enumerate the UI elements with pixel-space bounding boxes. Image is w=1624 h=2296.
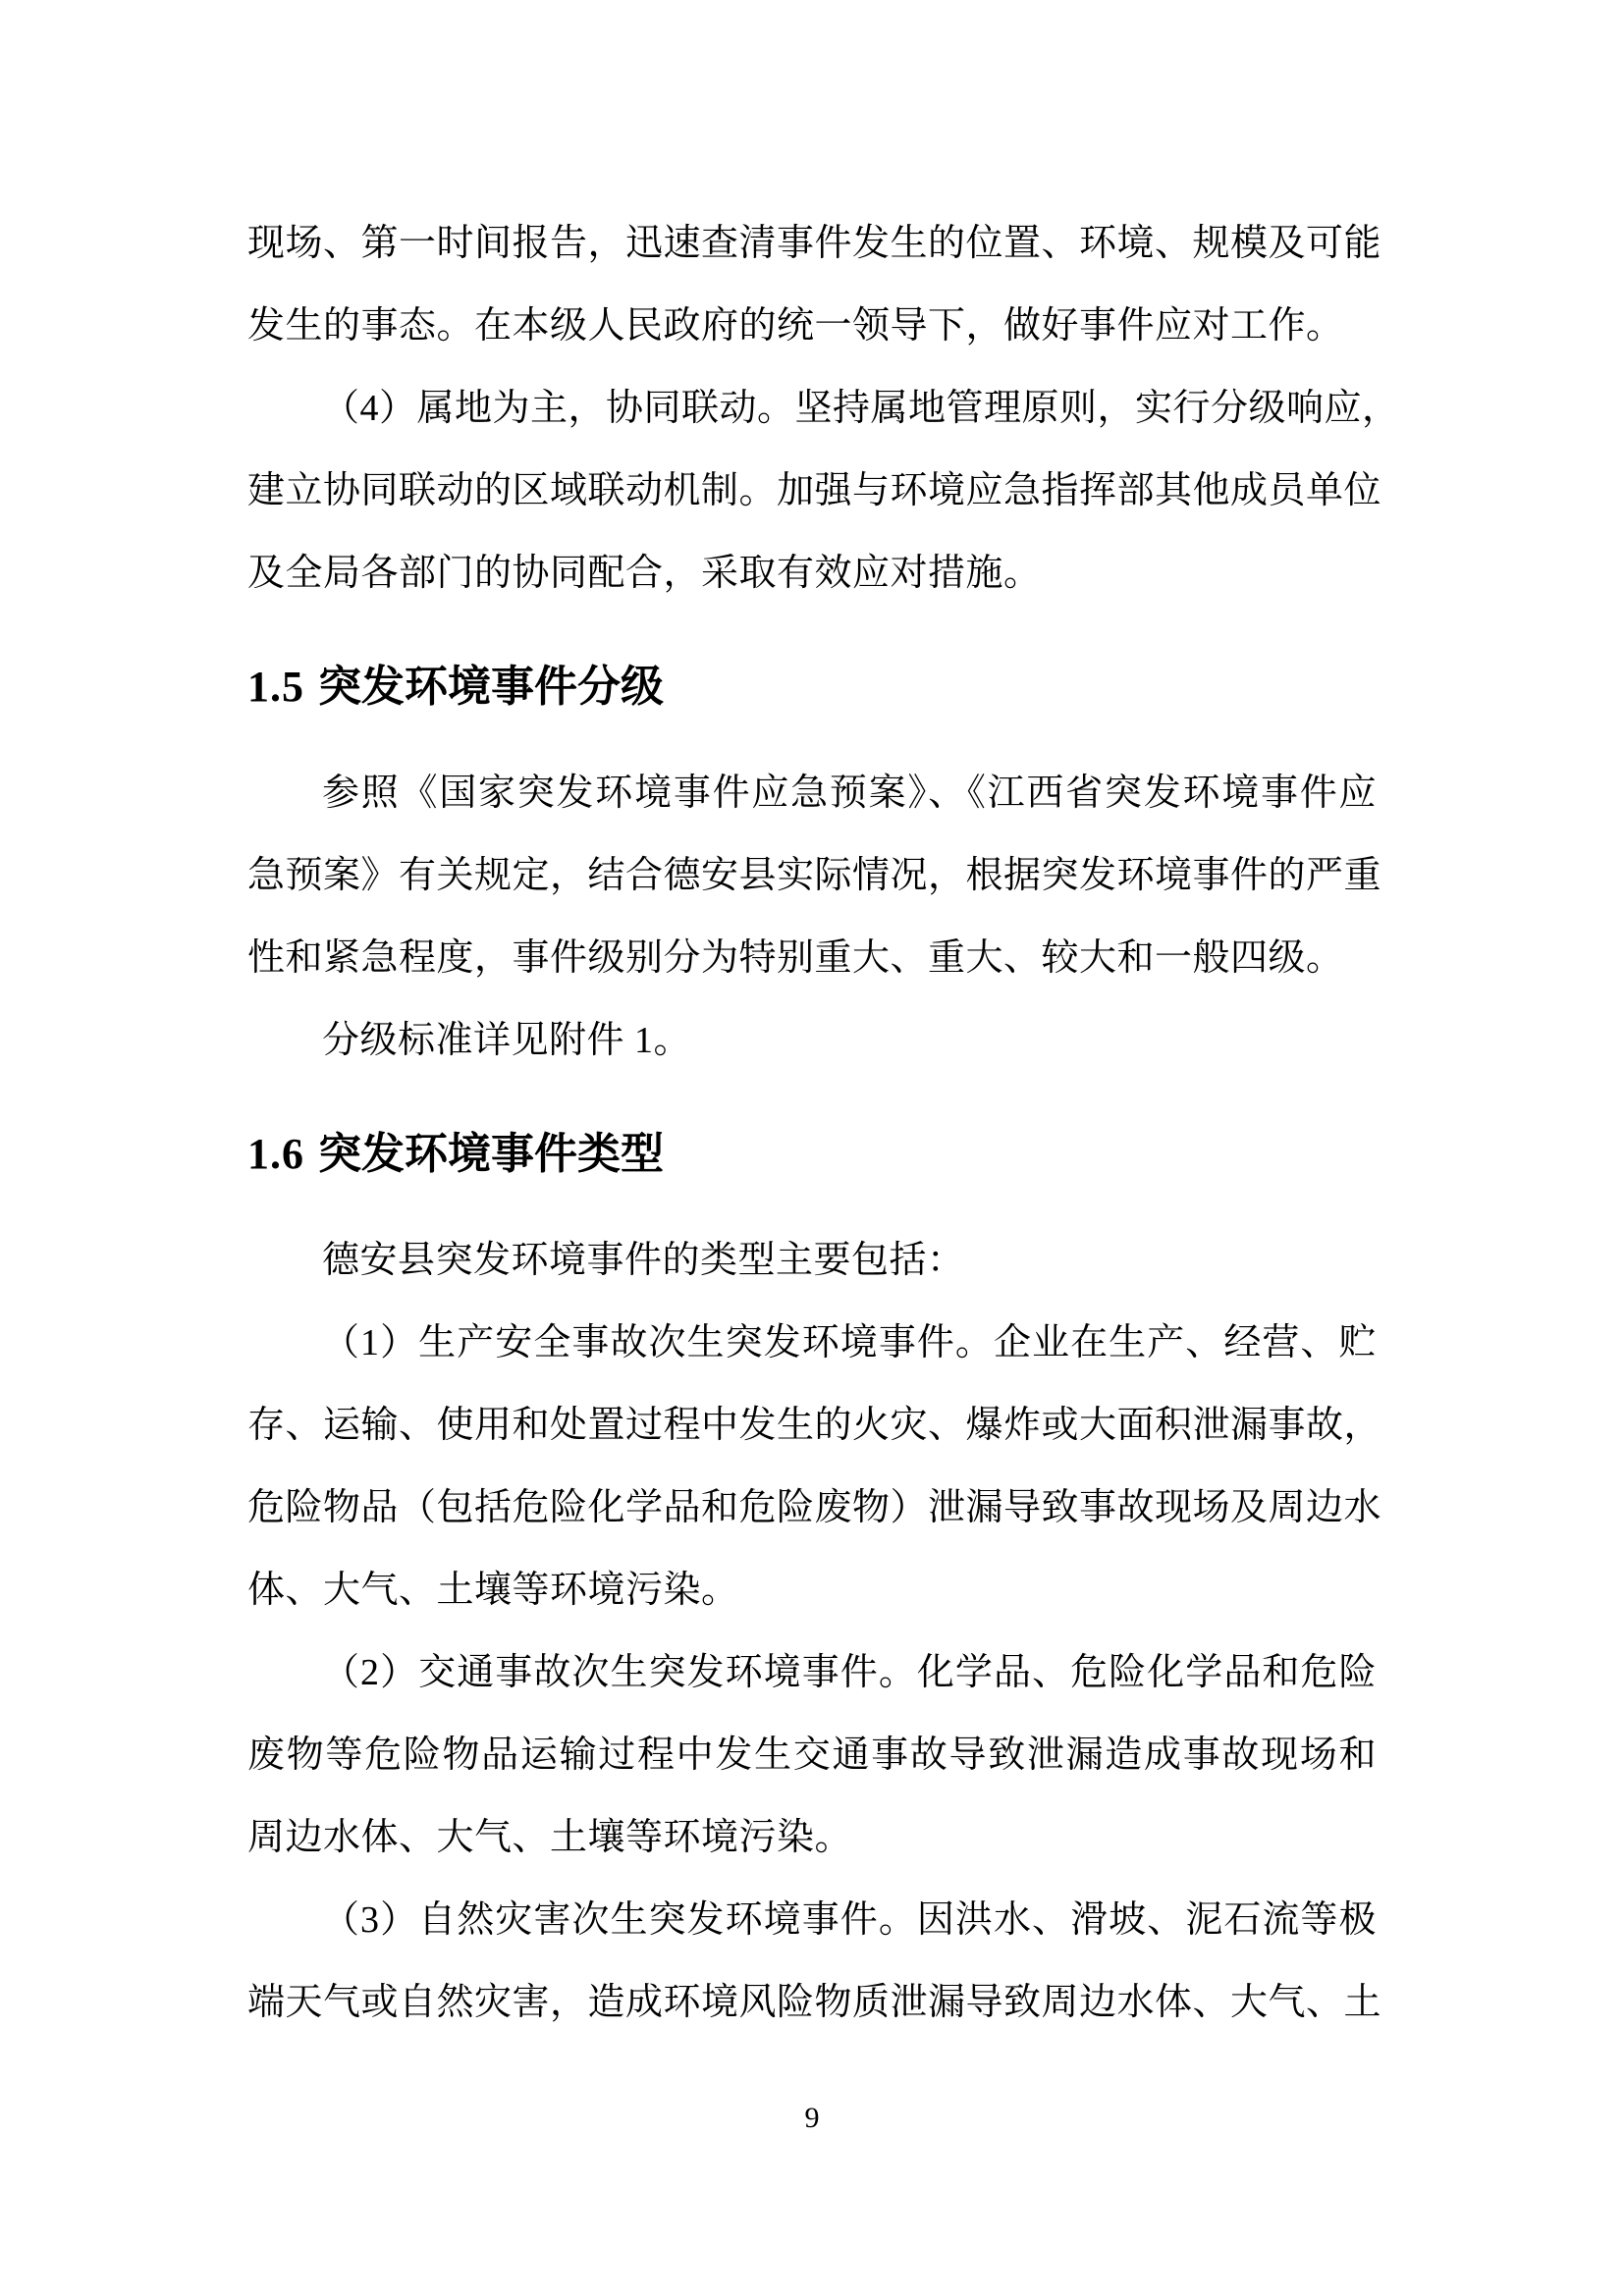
text-line: 性和紧急程度，事件级别分为特别重大、重大、较大和一般四级。 xyxy=(247,917,1377,999)
paragraph-types-intro: 德安县突发环境事件的类型主要包括： xyxy=(247,1219,1377,1302)
text-line: 急预案》有关规定，结合德安县实际情况，根据突发环境事件的严重 xyxy=(247,834,1377,917)
section-title: 突发环境事件类型 xyxy=(318,1130,664,1178)
text-line: 发生的事态。在本级人民政府的统一领导下，做好事件应对工作。 xyxy=(247,285,1377,367)
paragraph-continuation: 现场、第一时间报告，迅速查清事件发生的位置、环境、规模及可能 发生的事态。在本级… xyxy=(247,202,1377,367)
text-line: 存、运输、使用和处置过程中发生的火灾、爆炸或大面积泄漏事故， xyxy=(247,1384,1377,1467)
section-number: 1.6 xyxy=(247,1130,304,1178)
text-line: 分级标准详见附件 1。 xyxy=(247,999,1377,1082)
text-line: （1）生产安全事故次生突发环境事件。企业在生产、经营、贮 xyxy=(247,1302,1377,1384)
paragraph-type-3: （3）自然灾害次生突发环境事件。因洪水、滑坡、泥石流等极 端天气或自然灾害，造成… xyxy=(247,1879,1377,2044)
text-line: 端天气或自然灾害，造成环境风险物质泄漏导致周边水体、大气、土 xyxy=(247,1961,1377,2044)
page-footer: 9 xyxy=(0,2099,1624,2138)
text-line: 建立协同联动的区域联动机制。加强与环境应急指挥部其他成员单位 xyxy=(247,450,1377,532)
text-line: 德安县突发环境事件的类型主要包括： xyxy=(247,1219,1377,1302)
section-number: 1.5 xyxy=(247,663,304,711)
section-title: 突发环境事件分级 xyxy=(318,663,664,711)
text-line: 周边水体、大气、土壤等环境污染。 xyxy=(247,1796,1377,1879)
text-line: 废物等危险物品运输过程中发生交通事故导致泄漏造成事故现场和 xyxy=(247,1714,1377,1796)
text-line: 及全局各部门的协同配合，采取有效应对措施。 xyxy=(247,532,1377,614)
section-heading-1-5: 1.5突发环境事件分级 xyxy=(247,646,1377,728)
page-number: 9 xyxy=(805,2102,820,2134)
paragraph-type-1: （1）生产安全事故次生突发环境事件。企业在生产、经营、贮 存、运输、使用和处置过… xyxy=(247,1302,1377,1631)
text-line: （2）交通事故次生突发环境事件。化学品、危险化学品和危险 xyxy=(247,1631,1377,1714)
document-page: 现场、第一时间报告，迅速查清事件发生的位置、环境、规模及可能 发生的事态。在本级… xyxy=(0,0,1624,2296)
text-line: （4）属地为主，协同联动。坚持属地管理原则，实行分级响应， xyxy=(247,367,1377,450)
paragraph-grading-reference: 参照《国家突发环境事件应急预案》、《江西省突发环境事件应 急预案》有关规定，结合… xyxy=(247,752,1377,999)
section-heading-1-6: 1.6突发环境事件类型 xyxy=(247,1113,1377,1196)
text-line: 体、大气、土壤等环境污染。 xyxy=(247,1549,1377,1631)
text-line: （3）自然灾害次生突发环境事件。因洪水、滑坡、泥石流等极 xyxy=(247,1879,1377,1961)
text-line: 现场、第一时间报告，迅速查清事件发生的位置、环境、规模及可能 xyxy=(247,202,1377,285)
paragraph-item-4: （4）属地为主，协同联动。坚持属地管理原则，实行分级响应， 建立协同联动的区域联… xyxy=(247,367,1377,614)
paragraph-grading-attachment: 分级标准详见附件 1。 xyxy=(247,999,1377,1082)
text-line: 参照《国家突发环境事件应急预案》、《江西省突发环境事件应 xyxy=(247,752,1377,834)
text-line: 危险物品（包括危险化学品和危险废物）泄漏导致事故现场及周边水 xyxy=(247,1467,1377,1549)
paragraph-type-2: （2）交通事故次生突发环境事件。化学品、危险化学品和危险 废物等危险物品运输过程… xyxy=(247,1631,1377,1879)
document-body: 现场、第一时间报告，迅速查清事件发生的位置、环境、规模及可能 发生的事态。在本级… xyxy=(247,202,1377,2044)
